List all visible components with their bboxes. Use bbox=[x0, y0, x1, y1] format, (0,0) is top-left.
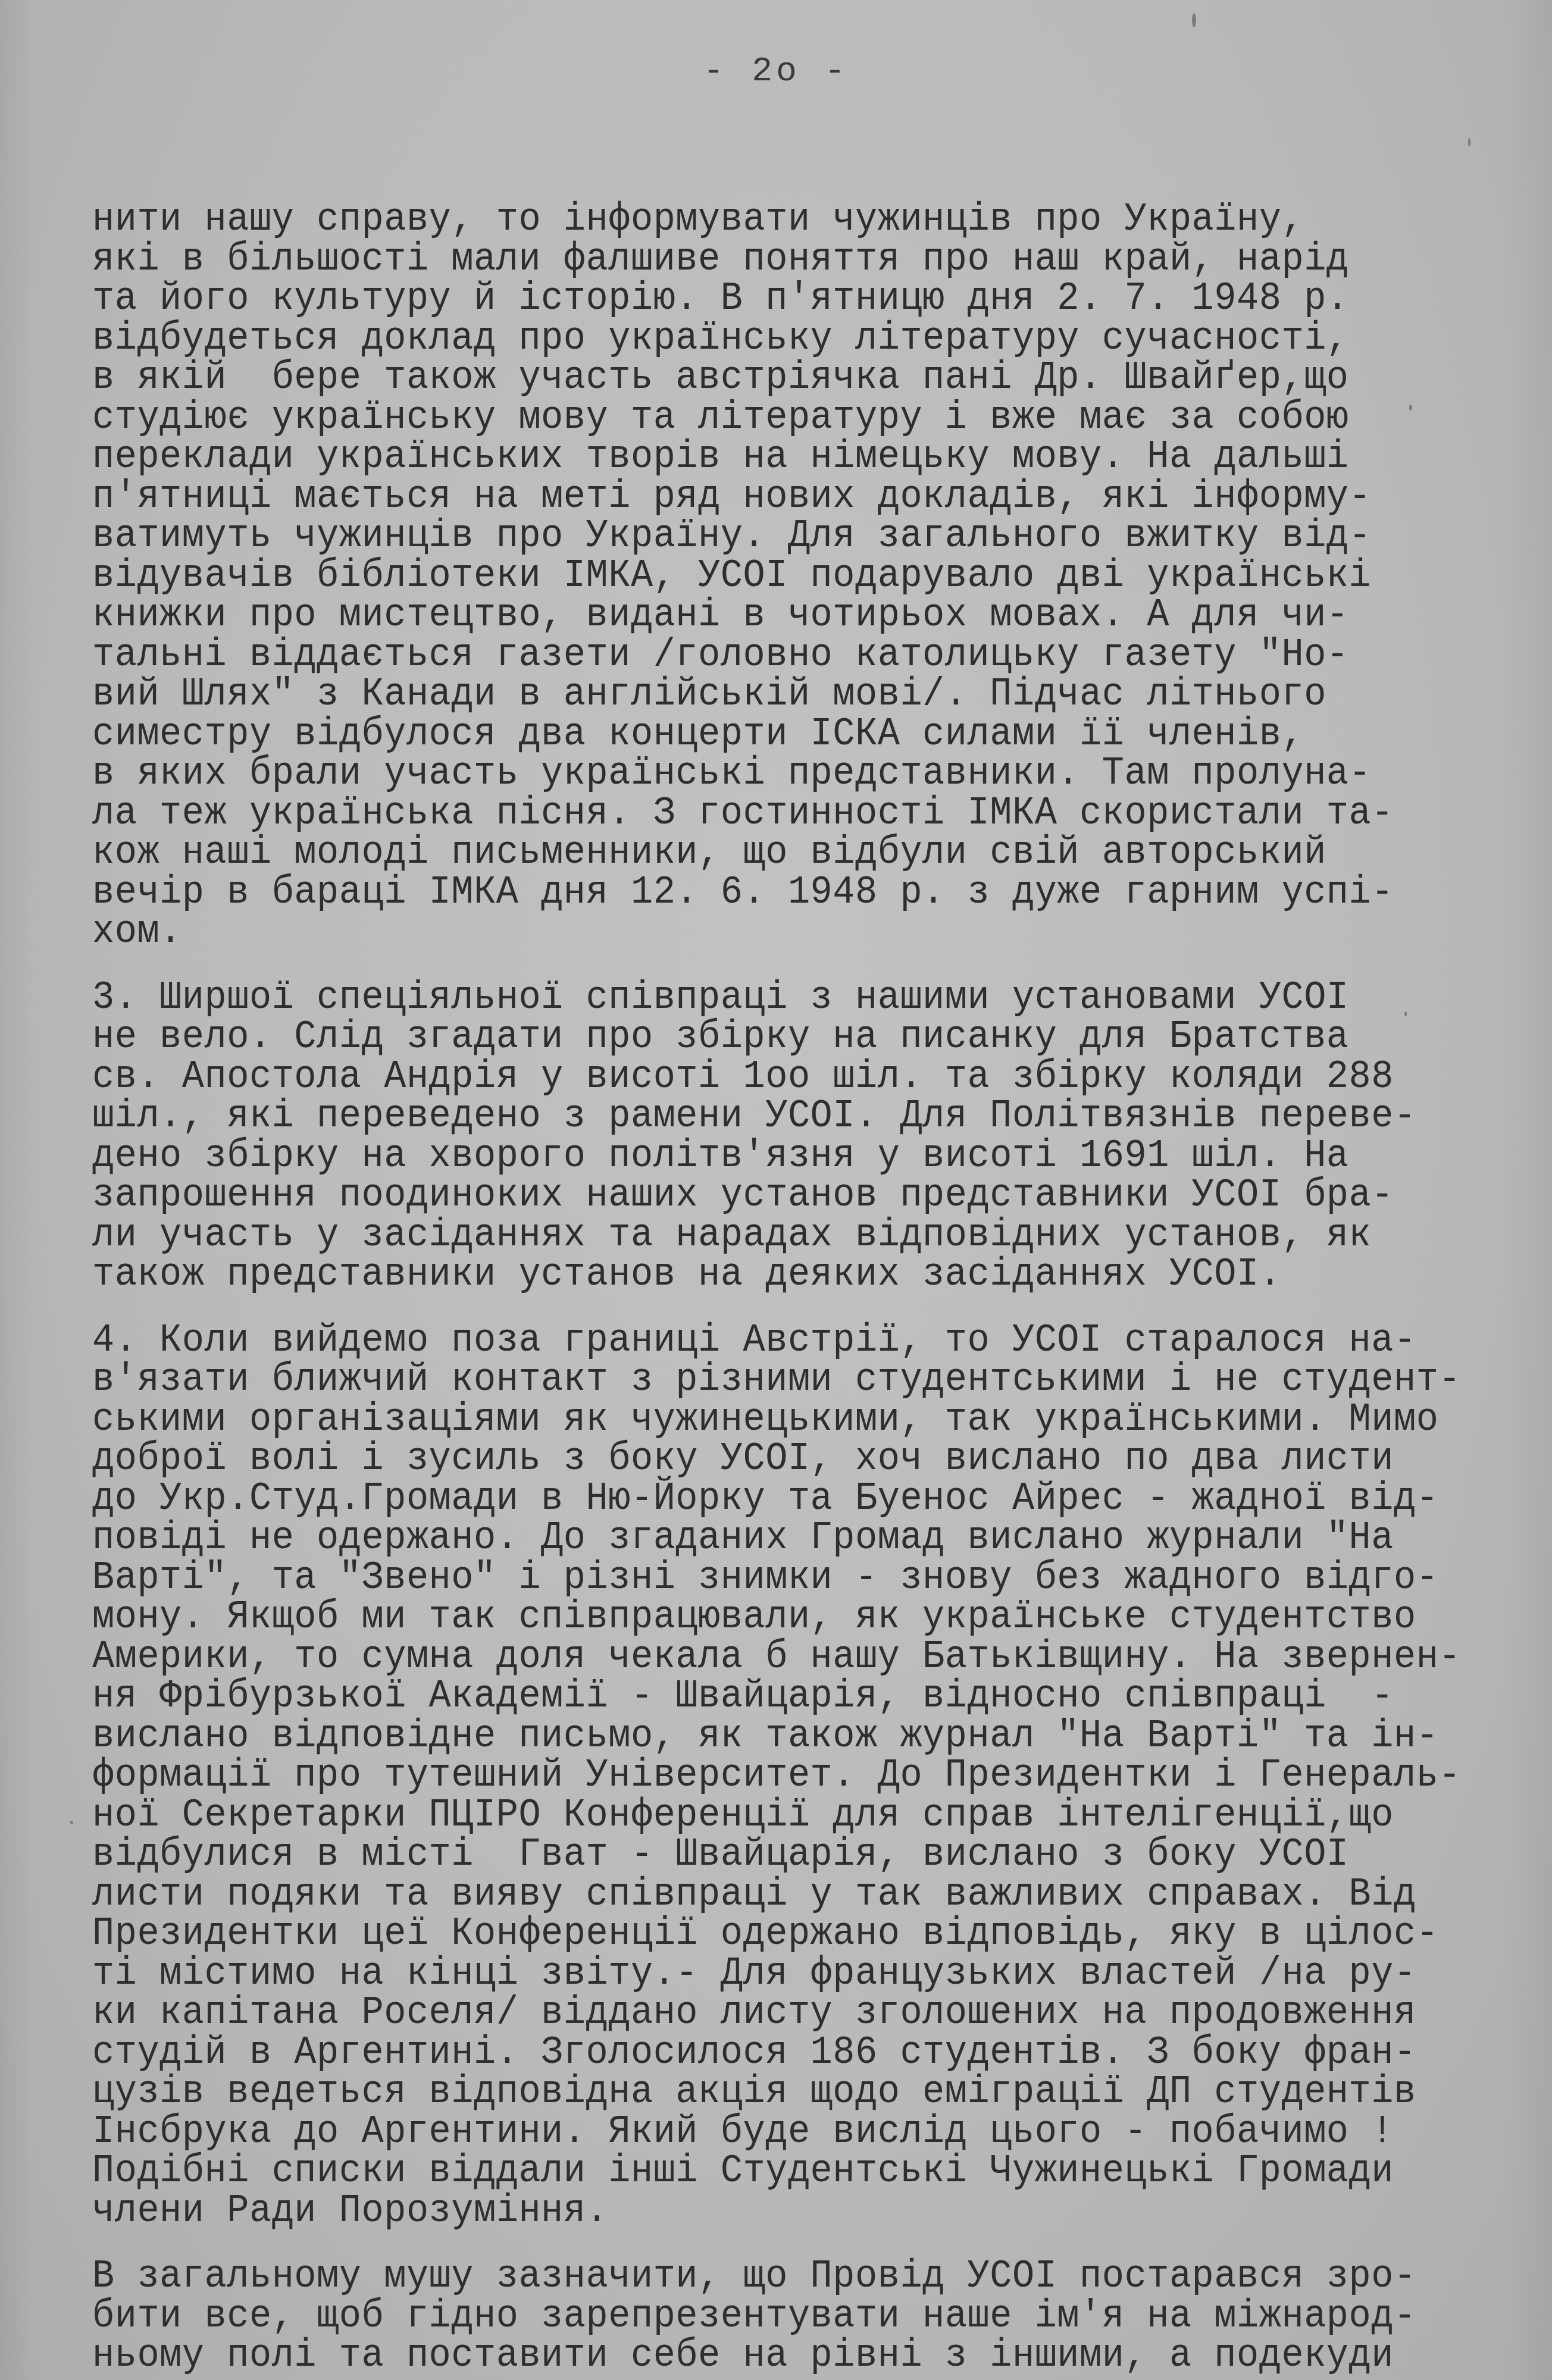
text-line: св. Апостола Андрія у висоті 1оо шіл. та… bbox=[92, 1055, 1520, 1098]
text-line: ськими організаціями як чужинецькими, та… bbox=[92, 1398, 1520, 1440]
text-line: В загальному мушу зазначити, що Провід У… bbox=[92, 2255, 1520, 2298]
text-line: ли участь у засіданнях та нарадах відпов… bbox=[92, 1213, 1520, 1256]
text-line: хом. bbox=[92, 910, 1520, 953]
document-page: - 2o - нити нашу справу, то інформувати … bbox=[0, 0, 1552, 2380]
text-line: тальні віддається газети /головно католи… bbox=[92, 633, 1520, 676]
text-line: нити нашу справу, то інформувати чужинці… bbox=[92, 198, 1520, 241]
text-line: Варті", та "Звено" і різні знимки - знов… bbox=[92, 1556, 1520, 1599]
text-line: відбулися в місті Гват - Швайцарія, висл… bbox=[92, 1833, 1520, 1876]
text-line: ня Фрібурзької Академії - Швайцарія, від… bbox=[92, 1675, 1520, 1718]
paragraph-section-3: 3. Ширшої спеціяльної співпраці з нашими… bbox=[92, 979, 1520, 1296]
text-line: вий Шлях" з Канади в англійській мові/. … bbox=[92, 673, 1520, 716]
text-line: Президентки цеї Конференції одержано від… bbox=[92, 1912, 1520, 1955]
paragraph-conclusion: В загальному мушу зазначити, що Провід У… bbox=[92, 2258, 1520, 2377]
text-line: в якій бере також участь австріячка пані… bbox=[92, 356, 1520, 399]
text-line: в'язати ближчий контакт з різними студен… bbox=[92, 1358, 1520, 1401]
text-line: ної Секретарки ПЦІРО Конференції для спр… bbox=[92, 1793, 1520, 1836]
text-line: переклади українських творів на німецьку… bbox=[92, 436, 1520, 478]
text-line: ки капітана Роселя/ віддано листу зголош… bbox=[92, 1991, 1520, 2034]
text-line: Подібні списки віддали інші Студентські … bbox=[92, 2150, 1520, 2193]
text-line: ті містимо на кінці звіту.- Для французь… bbox=[92, 1952, 1520, 1994]
text-line: бити все, щоб гідно зарепрезентувати наш… bbox=[92, 2294, 1520, 2337]
text-line: листи подяки та вияву співпраці у так ва… bbox=[92, 1872, 1520, 1915]
text-line: формації про тутешний Університет. До Пр… bbox=[92, 1754, 1520, 1797]
text-line: кож наші молоді письменники, що відбули … bbox=[92, 831, 1520, 874]
text-line: запрошення поодиноких наших установ пред… bbox=[92, 1174, 1520, 1217]
text-line: повіді не одержано. До згаданих Громад в… bbox=[92, 1517, 1520, 1559]
text-line: Америки, то сумна доля чекала б нашу Бат… bbox=[92, 1635, 1520, 1678]
text-line: книжки про мистецтво, видані в чотирьох … bbox=[92, 594, 1520, 637]
paper-speck bbox=[70, 1821, 73, 1824]
text-line: в яких брали участь українські представн… bbox=[92, 752, 1520, 795]
text-line: доброї волі і зусиль з боку УСОІ, хоч ви… bbox=[92, 1438, 1520, 1480]
paper-speck bbox=[1409, 405, 1412, 411]
text-line: шіл., які переведено з рамени УСОІ. Для … bbox=[92, 1095, 1520, 1138]
text-line: ньому полі та поставити себе на рівні з … bbox=[92, 2334, 1520, 2377]
text-line: та його культуру й історію. В п'ятницю д… bbox=[92, 277, 1520, 320]
text-line: студій в Аргентині. Зголосилося 186 студ… bbox=[92, 2031, 1520, 2074]
text-line: відувачів бібліотеки ІМКА, УСОІ подарува… bbox=[92, 554, 1520, 597]
text-line: мону. Якщоб ми так співпрацювали, як укр… bbox=[92, 1596, 1520, 1639]
paragraph-continuation: нити нашу справу, то інформувати чужинці… bbox=[92, 201, 1520, 953]
text-line: цузів ведеться відповідна акція щодо емі… bbox=[92, 2071, 1520, 2113]
text-line: п'ятниці мається на меті ряд нових докла… bbox=[92, 475, 1520, 518]
paper-speck bbox=[1192, 13, 1196, 27]
page-number: - 2o - bbox=[0, 52, 1552, 91]
text-line: ватимуть чужинців про Україну. Для загал… bbox=[92, 515, 1520, 558]
text-line: 4. Коли вийдемо поза границі Австрії, то… bbox=[92, 1319, 1520, 1361]
text-line: вечір в бараці ІМКА дня 12. 6. 1948 р. з… bbox=[92, 870, 1520, 913]
text-line: вислано відповідне письмо, як також журн… bbox=[92, 1714, 1520, 1757]
text-line: дено збірку на хворого політв'язня у вис… bbox=[92, 1134, 1520, 1177]
text-line: відбудеться доклад про українську літера… bbox=[92, 317, 1520, 359]
text-line: симестру відбулося два концерти ІСКА сил… bbox=[92, 712, 1520, 755]
text-line: студіює українську мову та літературу і … bbox=[92, 396, 1520, 439]
text-line: 3. Ширшої спеціяльної співпраці з нашими… bbox=[92, 976, 1520, 1019]
text-line: також представники установ на деяких зас… bbox=[92, 1253, 1520, 1296]
paper-speck bbox=[1404, 1011, 1407, 1016]
paper-speck bbox=[1468, 138, 1470, 146]
text-line: не вело. Слід згадати про збірку на писа… bbox=[92, 1016, 1520, 1059]
text-line: члени Ради Порозуміння. bbox=[92, 2189, 1520, 2232]
text-line: до Укр.Студ.Громади в Ню-Йорку та Буенос… bbox=[92, 1477, 1520, 1520]
paragraph-section-4: 4. Коли вийдемо поза границі Австрії, то… bbox=[92, 1322, 1520, 2232]
document-body: нити нашу справу, то інформувати чужинці… bbox=[92, 201, 1520, 2377]
text-line: які в більшості мали фалшиве поняття про… bbox=[92, 237, 1520, 280]
text-line: Інсбрука до Аргентини. Який буде вислід … bbox=[92, 2110, 1520, 2153]
text-line: ла теж українська пісня. З гостинності І… bbox=[92, 791, 1520, 834]
